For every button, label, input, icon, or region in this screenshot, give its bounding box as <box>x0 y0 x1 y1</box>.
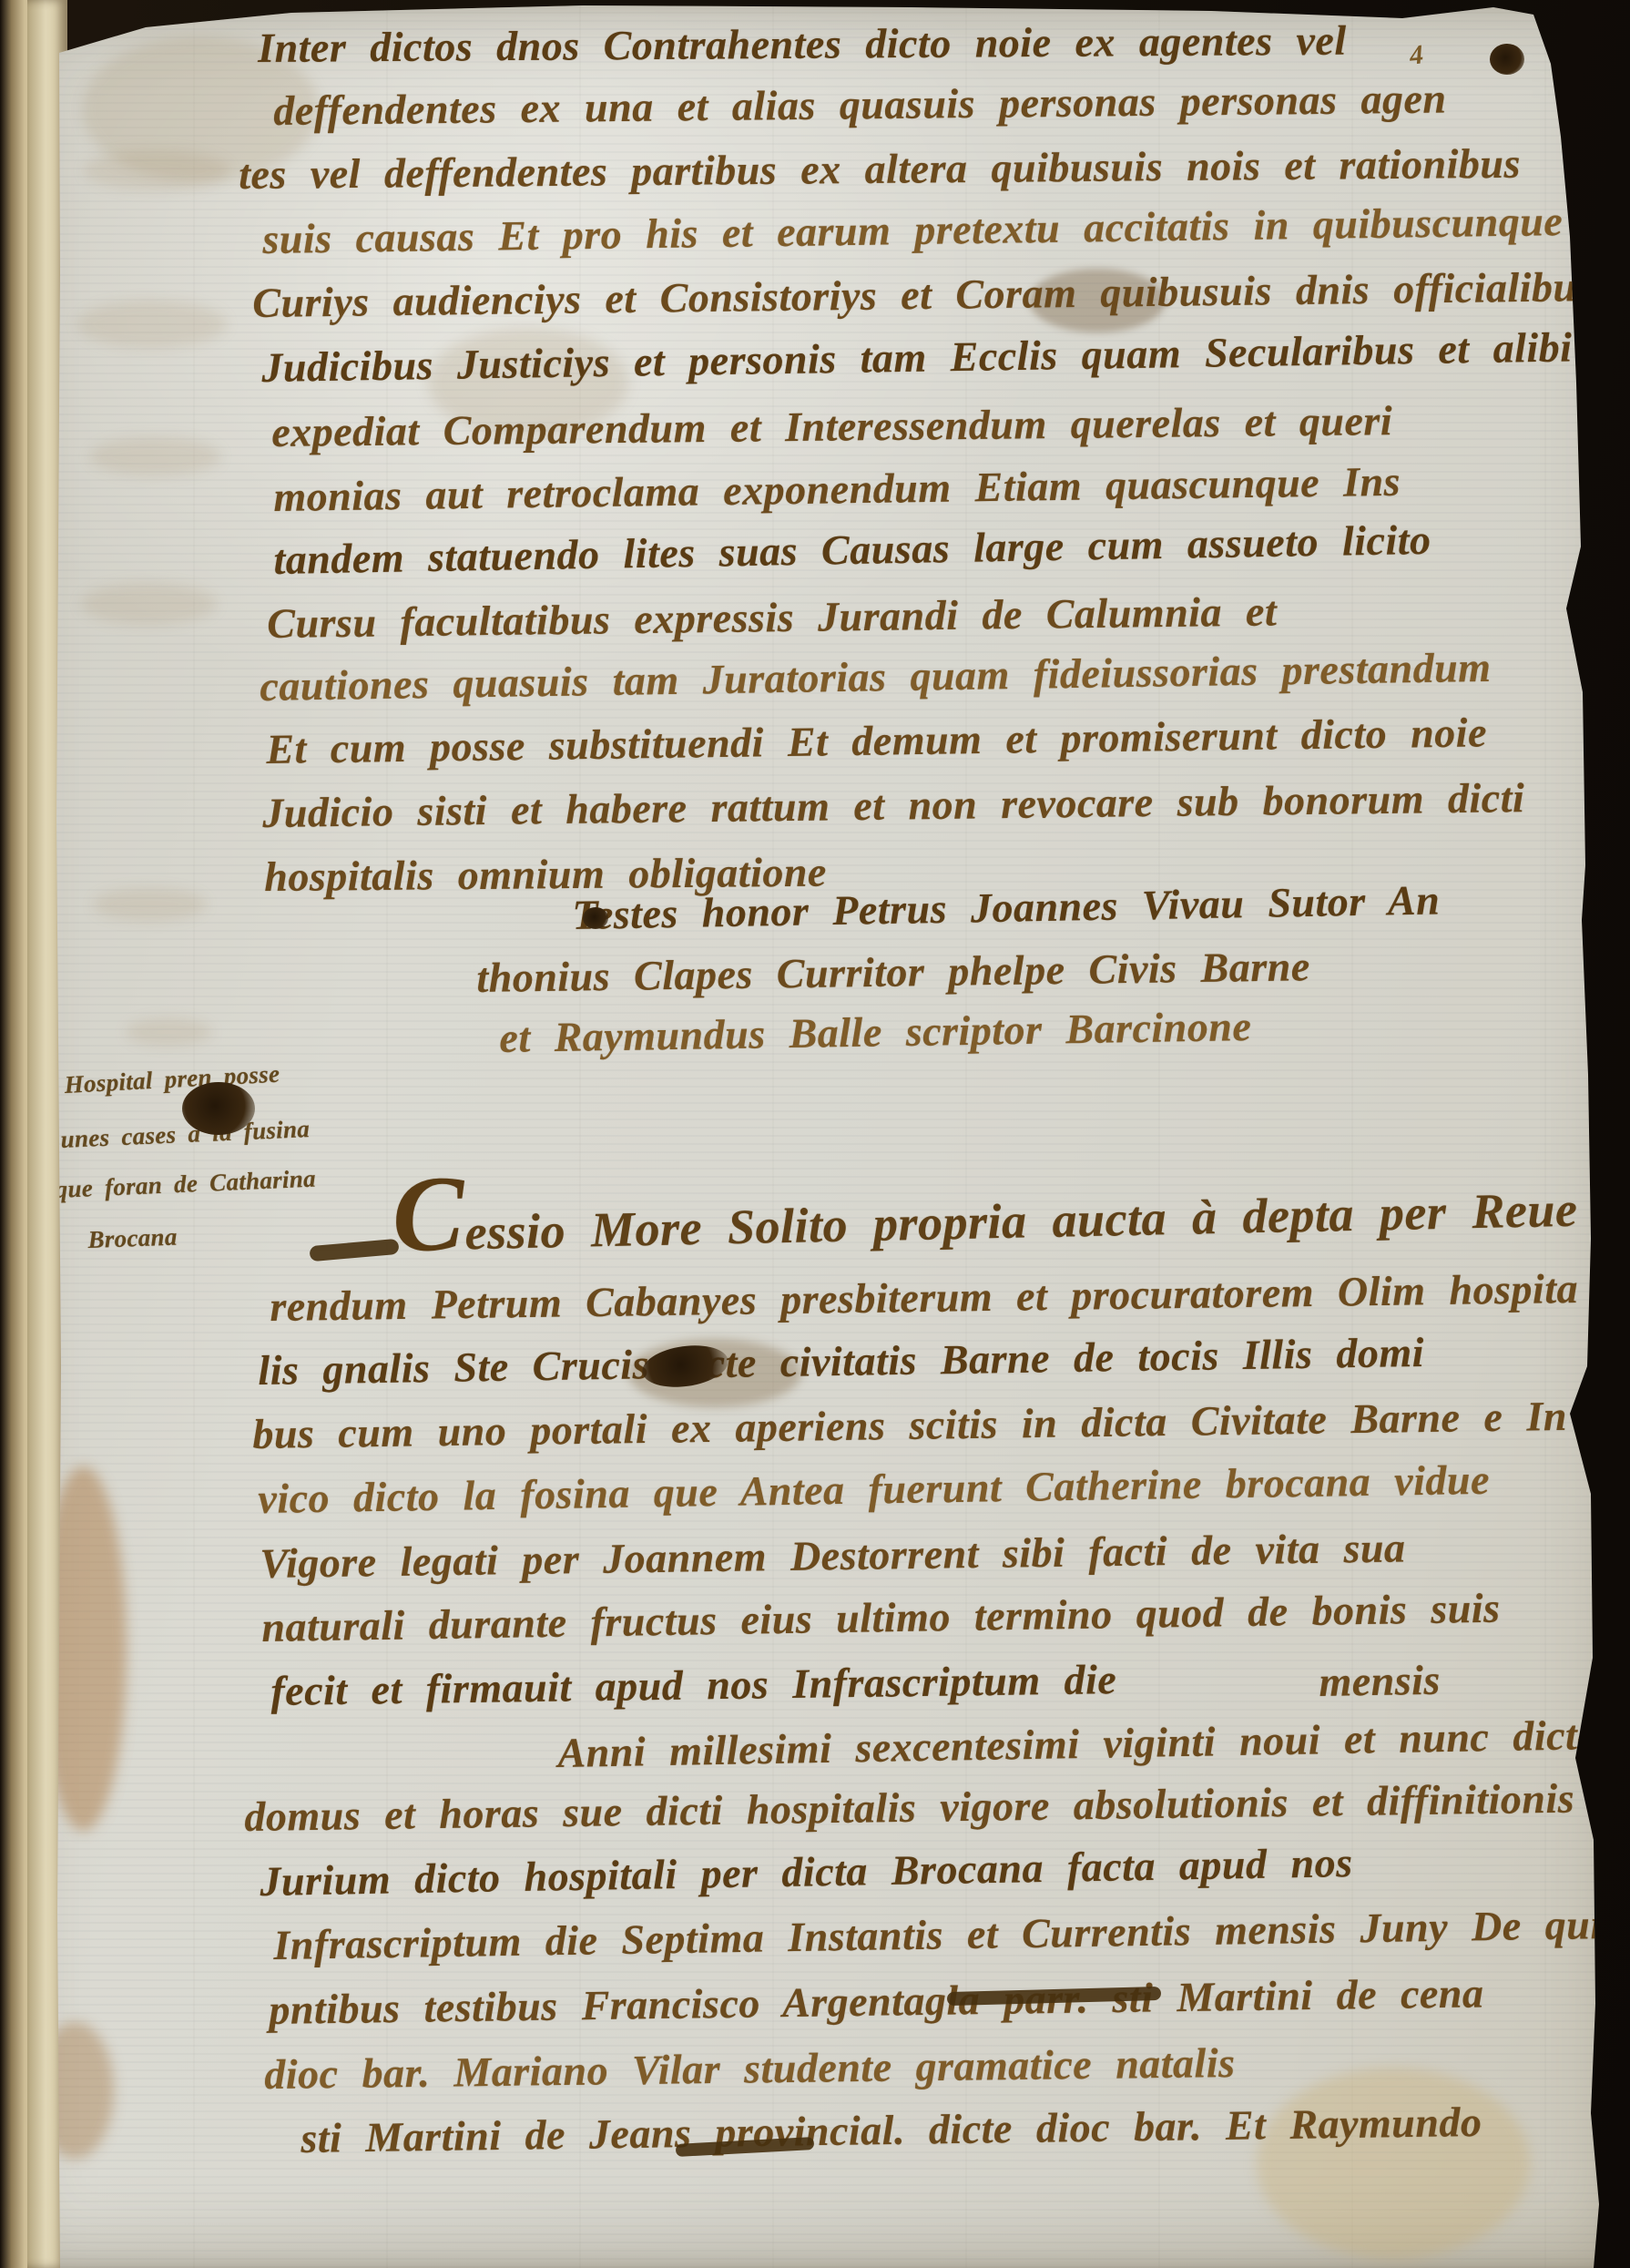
show-through-mark <box>84 150 229 190</box>
act-line: Infrascriptum die Septima Instantis et C… <box>273 1899 1630 1969</box>
act-line: fecit et firmauit apud nos Infrascriptum… <box>270 1655 1117 1715</box>
show-through-mark <box>76 301 227 348</box>
ink-blot <box>583 907 608 929</box>
ink-stroke <box>309 1239 399 1262</box>
act-line: Anni millesimi sexcentesimi viginti noui… <box>557 1711 1599 1777</box>
text-line: suis causas Et pro his et earum pretextu… <box>262 197 1564 263</box>
paper-stain <box>1257 2068 1530 2259</box>
act-line: bus cum uno portali ex aperiens scitis i… <box>252 1392 1567 1458</box>
witness-line: et Raymundus Balle scriptor Barcinone <box>499 1002 1252 1062</box>
margin-note-line: unes cases a la fusina <box>60 1115 311 1154</box>
text-line: Inter dictos dnos Contrahentes dicto noi… <box>258 16 1347 72</box>
text-line: deffendentes ex una et alias quasuis per… <box>273 75 1447 135</box>
show-through-mark <box>93 888 207 921</box>
text-line: monias aut retroclama exponendum Etiam q… <box>273 457 1401 521</box>
manuscript-page: 4 Inter dictos dnos Contrahentes dicto n… <box>0 0 1630 2268</box>
witness-line: thonius Clapes Curritor phelpe Civis Bar… <box>476 942 1310 1002</box>
act-line: Vigore legati per Joannem Destorrent sib… <box>260 1523 1406 1588</box>
text-line: Et cum posse substituendi Et demum et pr… <box>266 708 1487 773</box>
act-line: lis gnalis Ste Crucis dicte civitatis Ba… <box>258 1328 1424 1395</box>
text-line: Curiys audienciys et Consistoriys et Cor… <box>252 262 1594 327</box>
act-line: pntibus testibus Francisco Argentagla pa… <box>269 1968 1484 2034</box>
margin-note-line: Brocana <box>87 1223 178 1254</box>
ink-blot <box>182 1082 255 1135</box>
text-line: cautiones quasuis tam Juratorias quam fi… <box>260 643 1492 710</box>
act-line: vico dicto la fosina que Antea fuerunt C… <box>258 1456 1490 1523</box>
act-line: Cessio More Solito propria aucta à depta… <box>392 1150 1578 1262</box>
margin-note-line: que foran de Catharina <box>55 1165 316 1204</box>
text-line: Judicio sisti et habere rattum et non re… <box>262 773 1525 837</box>
act-line: naturali durante fructus eius ultimo ter… <box>261 1584 1501 1651</box>
text-line: tes vel deffendentes partibus ex altera … <box>239 139 1521 199</box>
text-line: Judicibus Justiciys et personis tam Eccl… <box>261 322 1630 392</box>
folio-number: 4 <box>1408 39 1424 71</box>
show-through-mark <box>126 1018 212 1046</box>
text-line: Cursu facultatibus expressis Jurandi de … <box>267 587 1278 648</box>
text-line: tandem statuendo lites suas Causas large… <box>273 516 1431 584</box>
manuscript-photo: 4 Inter dictos dnos Contrahentes dicto n… <box>0 0 1630 2268</box>
act-line: domus et horas sue dicti hospitalis vigo… <box>244 1774 1574 1841</box>
show-through-mark <box>89 437 221 475</box>
act-line: dioc bar. Mariano Vilar studente gramati… <box>264 2038 1236 2099</box>
act-line: rendum Petrum Cabanyes presbiterum et pr… <box>270 1264 1578 1331</box>
act-month-word: mensis <box>1319 1656 1441 1706</box>
show-through-mark <box>80 583 217 625</box>
act-line: Jurium dicto hospitali per dicta Brocana… <box>260 1838 1353 1905</box>
ink-blot <box>1490 44 1524 75</box>
